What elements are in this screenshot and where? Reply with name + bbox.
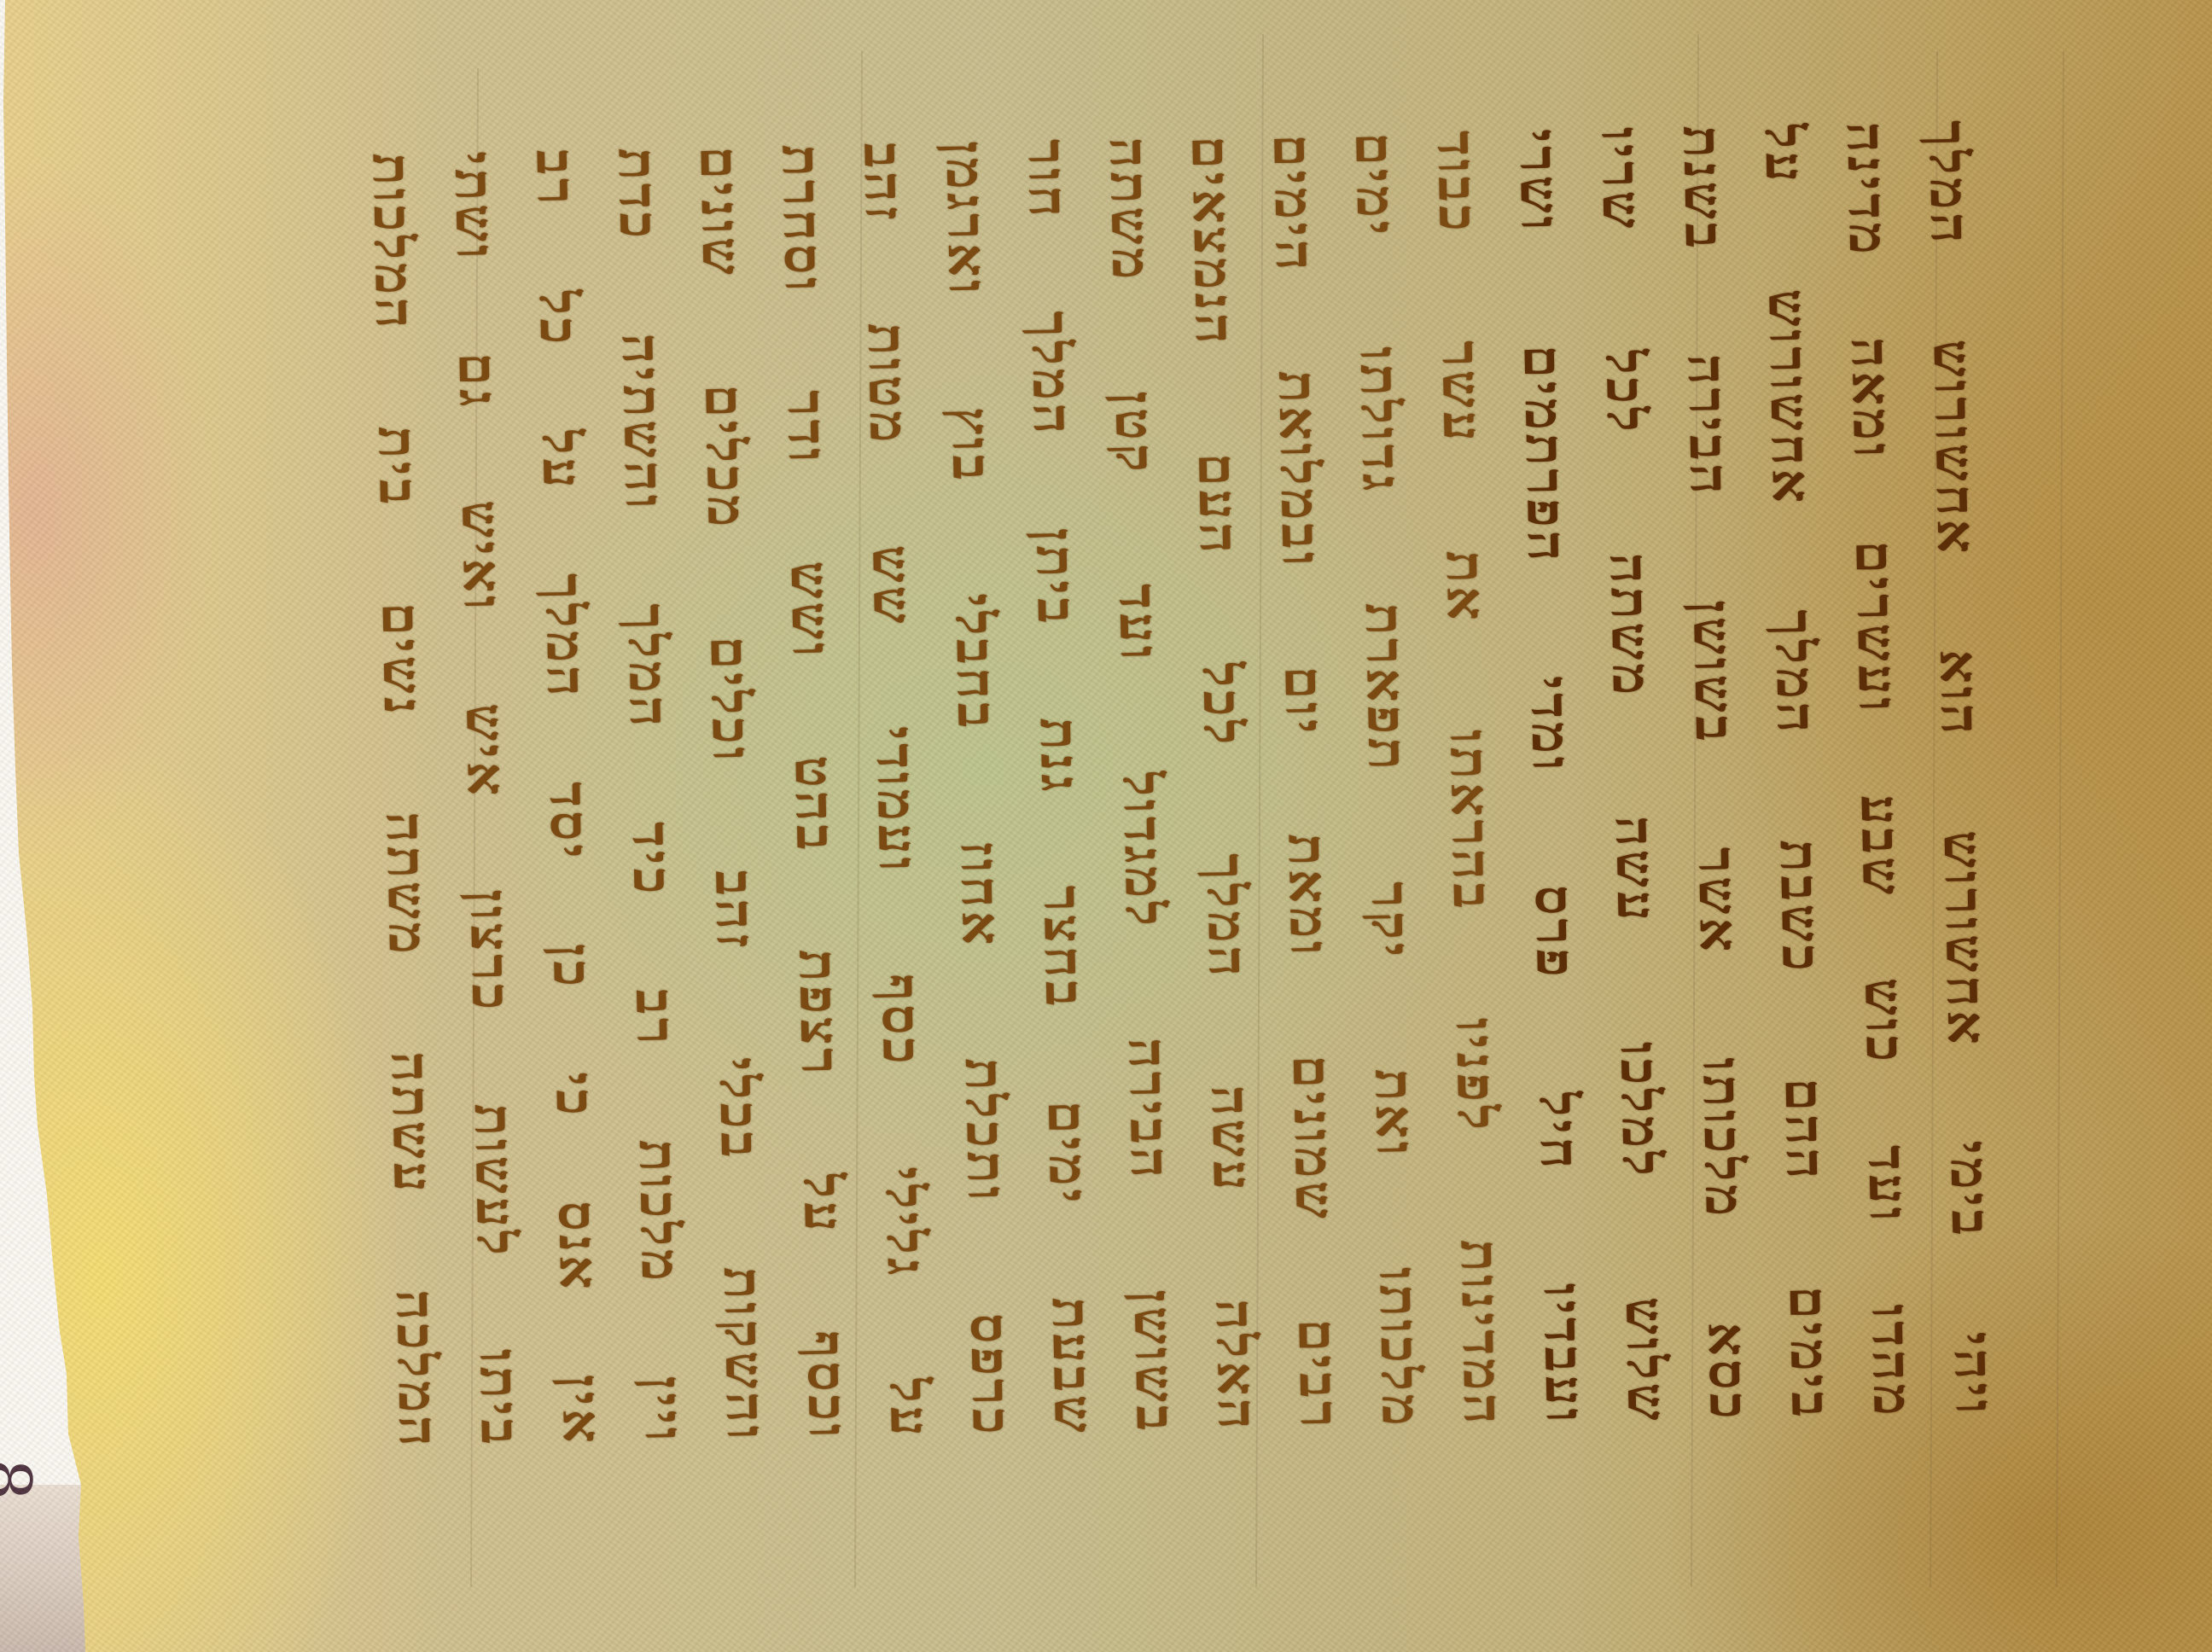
scroll-text-column: ויהי בימי אחשורוש הוא אחשורוש המלך מהדו …	[350, 119, 2015, 1451]
page-number-label: 8	[0, 1458, 39, 1501]
